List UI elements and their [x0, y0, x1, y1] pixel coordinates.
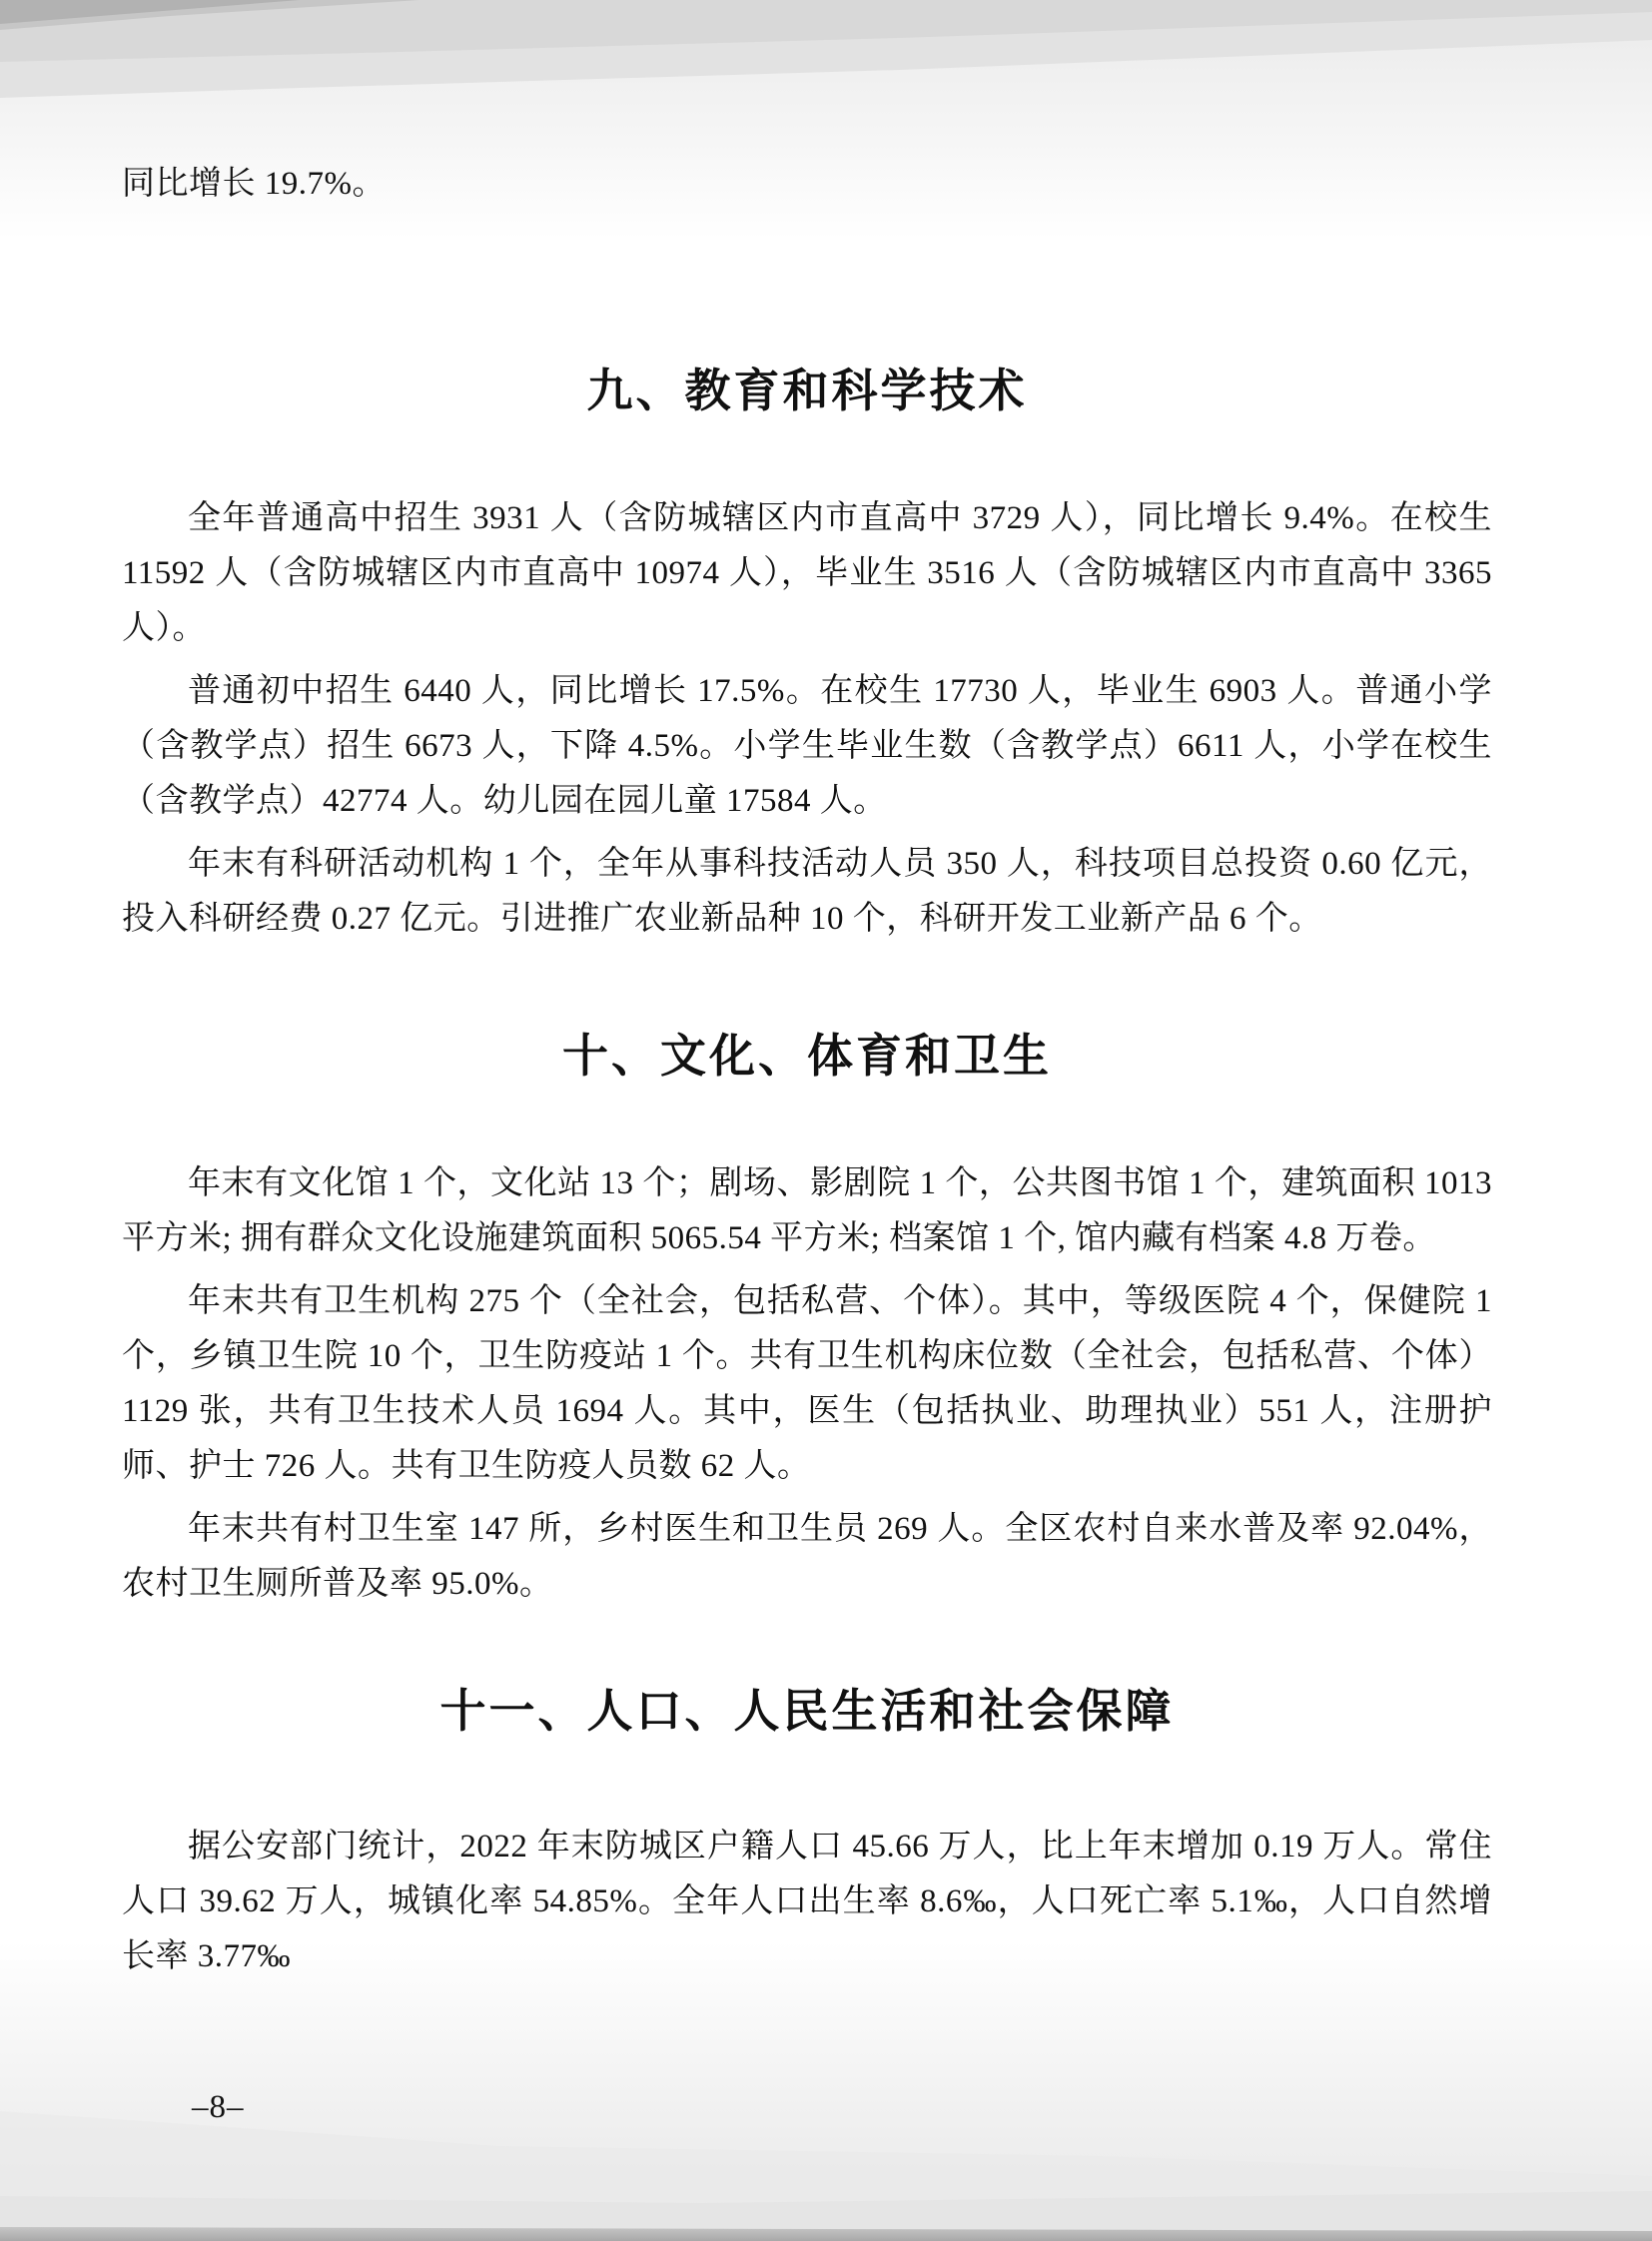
paragraph-highschool-enrollment: 全年普通高中招生 3931 人（含防城辖区内市直高中 3729 人），同比增长 … [122, 491, 1492, 656]
paragraph-science-research: 年末有科研活动机构 1 个，全年从事科技活动人员 350 人，科技项目总投资 0… [122, 837, 1492, 947]
carryover-paragraph: 同比增长 19.7%。 [122, 157, 1492, 212]
page-number: –8– [192, 2089, 245, 2126]
paragraph-population-statistics: 据公安部门统计，2022 年末防城区户籍人口 45.66 万人，比上年末增加 0… [122, 1820, 1492, 1984]
section-heading-culture-sport-health: 十、文化、体育和卫生 [122, 1027, 1492, 1087]
paragraph-middle-primary-school: 普通初中招生 6440 人，同比增长 17.5%。在校生 17730 人，毕业生… [122, 664, 1492, 829]
paragraph-village-clinics: 年末共有村卫生室 147 所，乡村医生和卫生员 269 人。全区农村自来水普及率… [122, 1502, 1492, 1612]
bottom-edge-decoration [0, 1941, 1652, 2241]
document-page: 同比增长 19.7%。 九、教育和科学技术 全年普通高中招生 3931 人（含防… [0, 0, 1652, 2241]
section-heading-education-science: 九、教育和科学技术 [122, 362, 1492, 421]
section-heading-population-livelihood: 十一、人口、人民生活和社会保障 [122, 1682, 1492, 1742]
paragraph-health-institutions: 年末共有卫生机构 275 个（全社会，包括私营、个体）。其中，等级医院 4 个，… [122, 1274, 1492, 1494]
text-column: 同比增长 19.7%。 九、教育和科学技术 全年普通高中招生 3931 人（含防… [122, 0, 1492, 1984]
paragraph-culture-facilities: 年末有文化馆 1 个，文化站 13 个；剧场、影剧院 1 个，公共图书馆 1 个… [122, 1156, 1492, 1266]
